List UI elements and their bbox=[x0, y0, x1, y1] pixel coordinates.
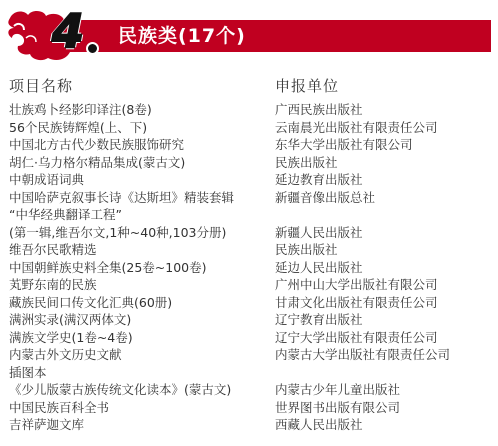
project-name: 中国朝鲜族史料全集(25卷~100卷) bbox=[9, 259, 207, 277]
project-name: “中华经典翻译工程” bbox=[9, 206, 122, 224]
project-list: 壮族鸡卜经影印译注(8卷)广西民族出版社 56个民族铸辉煌(上、下)云南晨光出版… bbox=[0, 101, 498, 434]
applicant-unit: 甘肃文化出版社有限责任公司 bbox=[275, 294, 438, 312]
table-row: 维吾尔民歌精选民族出版社 bbox=[0, 241, 498, 259]
table-row: 壮族鸡卜经影印译注(8卷)广西民族出版社 bbox=[0, 101, 498, 119]
project-name: 胡仁·乌力格尔精品集成(蒙古文) bbox=[9, 154, 185, 172]
applicant-unit: 内蒙古大学出版社有限责任公司 bbox=[275, 346, 450, 364]
table-row: 胡仁·乌力格尔精品集成(蒙古文)民族出版社 bbox=[0, 154, 498, 172]
table-row: 插图本 bbox=[0, 364, 498, 382]
project-name: 56个民族铸辉煌(上、下) bbox=[9, 119, 147, 137]
project-name: 吉祥萨迦文库 bbox=[9, 416, 84, 434]
section-title: 民族类(17个) bbox=[118, 20, 246, 52]
applicant-unit: 民族出版社 bbox=[275, 154, 338, 172]
applicant-unit: 广州中山大学出版社有限公司 bbox=[275, 276, 438, 294]
applicant-unit: 内蒙古少年儿童出版社 bbox=[275, 381, 400, 399]
section-header: 4 民族类(17个) bbox=[0, 0, 498, 62]
table-row: 芄野东南的民族广州中山大学出版社有限公司 bbox=[0, 276, 498, 294]
applicant-unit: 延边人民出版社 bbox=[275, 259, 363, 277]
project-name: 壮族鸡卜经影印译注(8卷) bbox=[9, 101, 152, 119]
table-row: 中国民族百科全书世界图书出版有限公司 bbox=[0, 399, 498, 417]
section-number-dot bbox=[86, 42, 99, 55]
auspicious-cloud-icon bbox=[0, 4, 100, 62]
project-name: 中国北方古代少数民族服饰研究 bbox=[9, 136, 184, 154]
project-name: 满洲实录(满汉两体文) bbox=[9, 311, 131, 329]
applicant-unit: 广西民族出版社 bbox=[275, 101, 363, 119]
table-row: “中华经典翻译工程” bbox=[0, 206, 498, 224]
table-row: 《少儿版蒙古族传统文化读本》(蒙古文)内蒙古少年儿童出版社 bbox=[0, 381, 498, 399]
applicant-unit: 新疆音像出版总社 bbox=[275, 189, 375, 207]
section-number: 4 bbox=[52, 6, 84, 56]
applicant-unit: 辽宁教育出版社 bbox=[275, 311, 363, 329]
project-name: 中朝成语词典 bbox=[9, 171, 84, 189]
project-name: 内蒙古外文历史文献 bbox=[9, 346, 122, 364]
applicant-unit: 民族出版社 bbox=[275, 241, 338, 259]
table-row: (第一辑,维吾尔文,1种~40种,103分册)新疆人民出版社 bbox=[0, 224, 498, 242]
table-row: 满洲实录(满汉两体文)辽宁教育出版社 bbox=[0, 311, 498, 329]
project-name: 《少儿版蒙古族传统文化读本》(蒙古文) bbox=[9, 381, 231, 399]
table-row: 中国朝鲜族史料全集(25卷~100卷)延边人民出版社 bbox=[0, 259, 498, 277]
table-row: 内蒙古外文历史文献内蒙古大学出版社有限责任公司 bbox=[0, 346, 498, 364]
table-row: 藏族民间口传文化汇典(60册)甘肃文化出版社有限责任公司 bbox=[0, 294, 498, 312]
project-name: 插图本 bbox=[9, 364, 47, 382]
applicant-unit: 东华大学出版社有限公司 bbox=[275, 136, 413, 154]
table-row: 中国北方古代少数民族服饰研究东华大学出版社有限公司 bbox=[0, 136, 498, 154]
applicant-unit: 西藏人民出版社 bbox=[275, 416, 363, 434]
project-name: 满族文学史(1卷~4卷) bbox=[9, 329, 133, 347]
project-name: (第一辑,维吾尔文,1种~40种,103分册) bbox=[9, 224, 226, 242]
project-name: 中国民族百科全书 bbox=[9, 399, 109, 417]
project-name: 维吾尔民歌精选 bbox=[9, 241, 97, 259]
project-name: 藏族民间口传文化汇典(60册) bbox=[9, 294, 172, 312]
column-header-project-name: 项目名称 bbox=[9, 76, 73, 96]
table-row: 满族文学史(1卷~4卷)辽宁大学出版社有限责任公司 bbox=[0, 329, 498, 347]
table-row: 中朝成语词典延边教育出版社 bbox=[0, 171, 498, 189]
applicant-unit: 辽宁大学出版社有限责任公司 bbox=[275, 329, 438, 347]
applicant-unit: 世界图书出版有限公司 bbox=[275, 399, 400, 417]
table-row: 吉祥萨迦文库西藏人民出版社 bbox=[0, 416, 498, 434]
table-row: 中国哈萨克叙事长诗《达斯坦》精装套辑新疆音像出版总社 bbox=[0, 189, 498, 207]
project-name: 芄野东南的民族 bbox=[9, 276, 97, 294]
applicant-unit: 云南晨光出版社有限责任公司 bbox=[275, 119, 438, 137]
applicant-unit: 延边教育出版社 bbox=[275, 171, 363, 189]
table-row: 56个民族铸辉煌(上、下)云南晨光出版社有限责任公司 bbox=[0, 119, 498, 137]
column-header-applicant-unit: 申报单位 bbox=[275, 76, 339, 96]
project-name: 中国哈萨克叙事长诗《达斯坦》精装套辑 bbox=[9, 189, 234, 207]
applicant-unit: 新疆人民出版社 bbox=[275, 224, 363, 242]
